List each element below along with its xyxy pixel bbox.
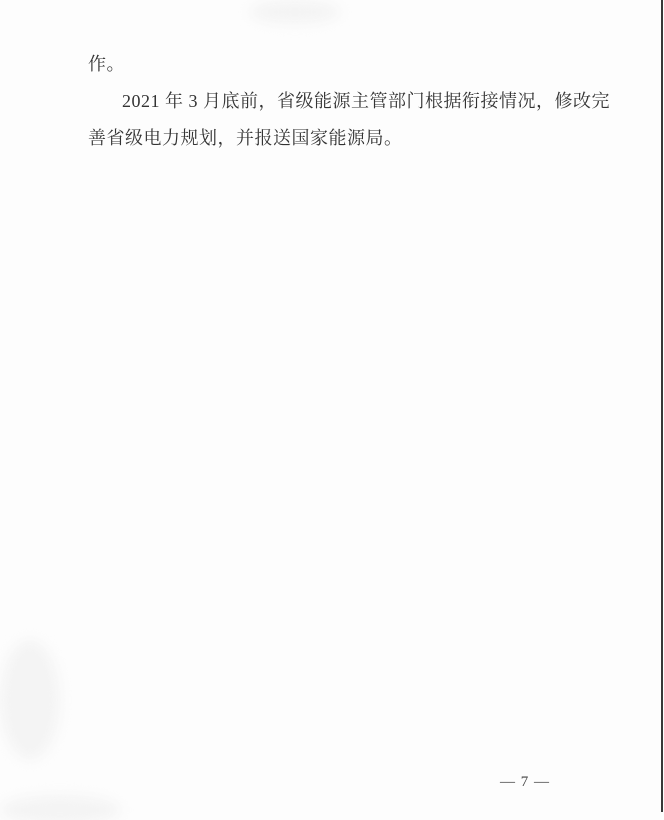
page-number: — 7 —	[500, 774, 550, 791]
paragraph-continuation-line: 作。	[88, 46, 604, 83]
scan-artifact	[0, 795, 120, 820]
paragraph-line: 善省级电力规划，并报送国家能源局。	[88, 120, 604, 157]
paragraph-line: 2021 年 3 月底前，省级能源主管部门根据衔接情况，修改完	[88, 83, 604, 120]
scan-artifact	[250, 0, 340, 24]
document-page: 作。 2021 年 3 月底前，省级能源主管部门根据衔接情况，修改完 善省级电力…	[0, 0, 664, 820]
page-edge-line	[661, 0, 663, 812]
document-body-text: 作。 2021 年 3 月底前，省级能源主管部门根据衔接情况，修改完 善省级电力…	[88, 46, 604, 157]
scan-artifact	[0, 640, 60, 760]
